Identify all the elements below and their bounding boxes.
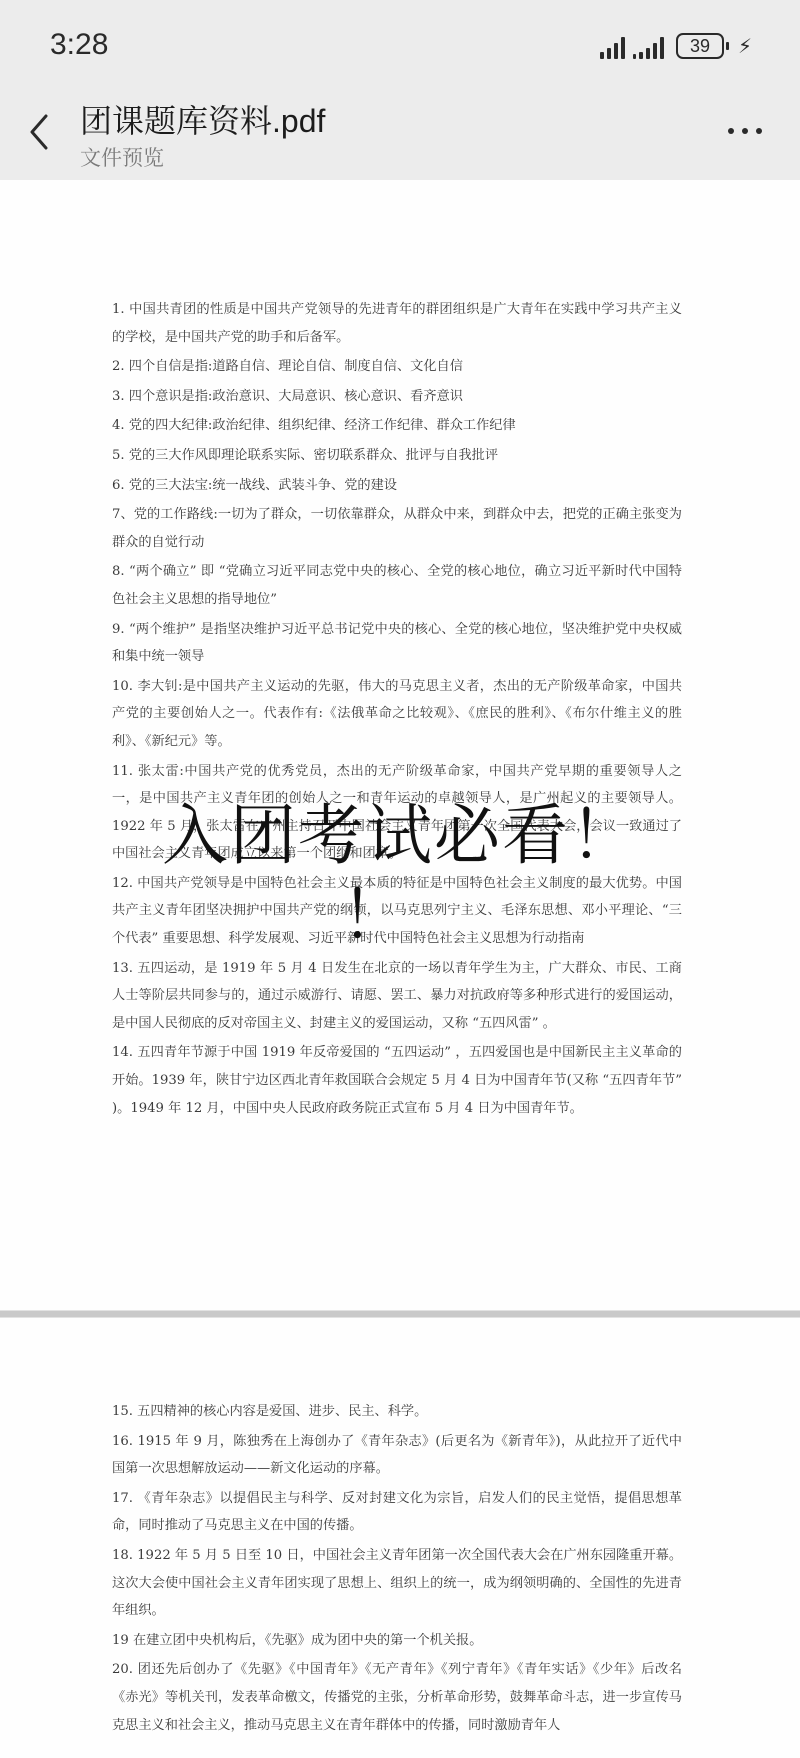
list-item: 15. 五四精神的核心内容是爱国、进步、民主、科学。 [112, 1398, 682, 1426]
list-item: 18. 1922 年 5 月 5 日至 10 日，中国社会主义青年团第一次全国代… [112, 1542, 682, 1625]
list-item: 13. 五四运动，是 1919 年 5 月 4 日发生在北京的一场以青年学生为主… [112, 955, 682, 1038]
more-options-button[interactable] [728, 128, 762, 134]
list-item: 2. 四个自信是指:道路自信、理论自信、制度自信、文化自信 [112, 353, 682, 381]
pdf-page-2[interactable]: 15. 五四精神的核心内容是爱国、进步、民主、科学。 16. 1915 年 9 … [0, 1318, 800, 1758]
list-item: 14. 五四青年节源于中国 1919 年反帝爱国的 “五四运动” ，五四爱国也是… [112, 1039, 682, 1122]
battery-level: 39 [676, 33, 724, 59]
list-item: 1. 中国共青团的性质是中国共产党领导的先进青年的群团组织是广大青年在实践中学习… [112, 296, 682, 351]
list-item: 19 在建立团中央机构后，《先驱》成为团中央的第一个机关报。 [112, 1627, 682, 1655]
app-header: 3:28 39 ⚡︎ 团课题库资料.pdf 文件预览 [0, 0, 800, 180]
list-item: 7、党的工作路线:一切为了群众，一切依靠群众，从群众中来，到群众中去，把党的正确… [112, 501, 682, 556]
list-item: 8. “两个确立” 即 “党确立习近平同志党中央的核心、全党的核心地位，确立习近… [112, 558, 682, 613]
charging-bolt-icon: ⚡︎ [738, 33, 752, 59]
list-item: 3. 四个意识是指:政治意识、大局意识、核心意识、看齐意识 [112, 383, 682, 411]
list-item: 20. 团还先后创办了《先驱》《中国青年》《无产青年》《列宁青年》《青年实话》《… [112, 1656, 682, 1739]
chevron-left-icon [22, 112, 58, 152]
signal-icon [600, 35, 625, 59]
file-title: 团课题库资料.pdf [80, 96, 325, 142]
status-time: 3:28 [50, 28, 108, 62]
list-item: 16. 1915 年 9 月，陈独秀在上海创办了《青年杂志》(后更名为《新青年》… [112, 1428, 682, 1483]
page-divider [0, 1310, 800, 1318]
list-item: 6. 党的三大法宝:统一战线、武装斗争、党的建设 [112, 472, 682, 500]
back-button[interactable] [22, 112, 58, 152]
list-item: 4. 党的四大纪律:政治纪律、组织纪律、经济工作纪律、群众工作纪律 [112, 412, 682, 440]
signal-icon [633, 35, 664, 59]
list-item: 17. 《青年杂志》以提倡民主与科学、反对封建文化为宗旨，启发人们的民主觉悟，提… [112, 1485, 682, 1540]
battery-icon: 39 [676, 33, 729, 59]
list-item: 10. 李大钊:是中国共产主义运动的先驱，伟大的马克思主义者，杰出的无产阶级革命… [112, 673, 682, 756]
status-icons: 39 ⚡︎ [600, 33, 752, 59]
pdf-page-1[interactable]: 1. 中国共青团的性质是中国共产党领导的先进青年的群团组织是广大青年在实践中学习… [0, 180, 800, 1310]
more-horizontal-icon [728, 128, 734, 134]
list-item: 11. 张太雷:中国共产党的优秀党员，杰出的无产阶级革命家，中国共产党早期的重要… [112, 758, 682, 868]
list-item: 5. 党的三大作风即理论联系实际、密切联系群众、批评与自我批评 [112, 442, 682, 470]
list-item: 12. 中国共产党领导是中国特色社会主义最本质的特征是中国特色社会主义制度的最大… [112, 870, 682, 953]
page-text: 1. 中国共青团的性质是中国共产党领导的先进青年的群团组织是广大青年在实践中学习… [112, 296, 682, 1124]
list-item: 9. “两个维护” 是指坚决维护习近平总书记党中央的核心、全党的核心地位，坚决维… [112, 616, 682, 671]
file-subtitle: 文件预览 [80, 142, 164, 172]
page-text: 15. 五四精神的核心内容是爱国、进步、民主、科学。 16. 1915 年 9 … [112, 1398, 682, 1741]
